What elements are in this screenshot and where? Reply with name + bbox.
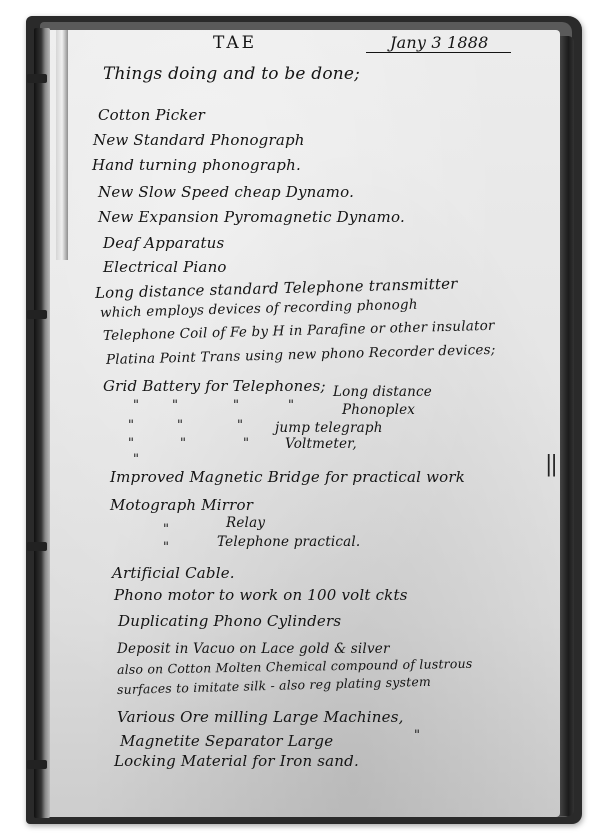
sub-item: Relay (226, 515, 265, 531)
list-item: Phono motor to work on 100 volt ckts (114, 586, 408, 604)
list-item: Grid Battery for Telephones; (103, 377, 326, 395)
handwritten-content: TAE Jany 3 1888 Things doing and to be d… (0, 0, 597, 840)
list-item: Motograph Mirror (110, 496, 253, 514)
sub-item: Telephone practical. (217, 534, 360, 550)
list-item: Platina Point Trans using new phono Reco… (106, 342, 496, 368)
ditto-mark: " (128, 418, 134, 433)
list-item: New Standard Phonograph (93, 131, 305, 149)
page-title: Things doing and to be done; (103, 64, 360, 84)
sub-item: jump telegraph (275, 420, 383, 436)
list-item: Artificial Cable. (112, 564, 235, 582)
ditto-mark: " (163, 522, 169, 537)
list-item: Locking Material for Iron sand. (114, 752, 359, 770)
ditto-mark: " (237, 418, 243, 433)
ditto-mark: " (177, 418, 183, 433)
sub-item: Long distance (333, 384, 432, 400)
header-initials: TAE (213, 33, 257, 53)
list-item: Telephone Coil of Fe by H in Parafine or… (103, 318, 495, 344)
sub-item: Voltmeter, (285, 436, 357, 452)
ditto-mark: " (163, 540, 169, 555)
list-item: Electrical Piano (103, 258, 227, 276)
ditto-mark: " (414, 728, 420, 743)
list-item: Various Ore milling Large Machines, (117, 708, 404, 726)
ditto-mark: " (243, 436, 249, 451)
header-date: Jany 3 1888 (366, 33, 511, 53)
ditto-mark: " (133, 452, 139, 467)
list-item: New Slow Speed cheap Dynamo. (98, 183, 354, 201)
list-item: Cotton Picker (98, 106, 205, 124)
ditto-mark: " (172, 398, 178, 413)
ditto-mark: " (128, 436, 134, 451)
ditto-mark: " (133, 398, 139, 413)
ditto-mark: " (180, 436, 186, 451)
list-item: Magnetite Separator Large (120, 732, 333, 750)
sub-item: Phonoplex (342, 402, 415, 418)
ditto-mark: " (288, 398, 294, 413)
list-item: New Expansion Pyromagnetic Dynamo. (98, 208, 405, 226)
list-item: Hand turning phonograph. (92, 156, 301, 174)
list-item: Duplicating Phono Cylinders (118, 612, 341, 630)
list-item: Deposit in Vacuo on Lace gold & silver (117, 641, 390, 657)
margin-marks: || (545, 452, 556, 477)
list-item: Deaf Apparatus (103, 234, 224, 252)
list-item: Improved Magnetic Bridge for practical w… (110, 468, 465, 486)
list-item: surfaces to imitate silk - also reg plat… (117, 674, 431, 697)
ditto-mark: " (233, 398, 239, 413)
